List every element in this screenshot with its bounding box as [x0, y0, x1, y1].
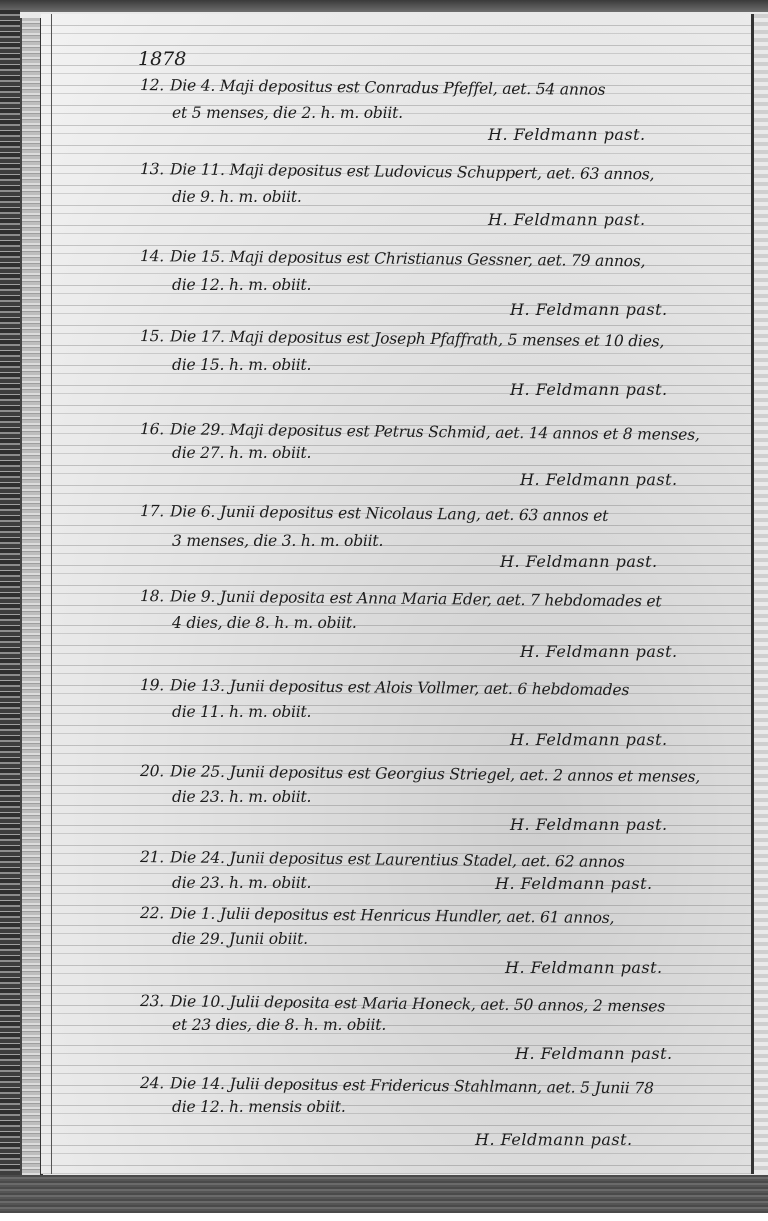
entry-continuation: die 15. h. m. obiit. — [172, 356, 311, 374]
entry-continuation: et 5 menses, die 2. h. m. obiit. — [172, 104, 403, 122]
book-binding-edge — [0, 10, 20, 1180]
entry-number: 13. — [140, 160, 164, 178]
pastor-signature: H. Feldmann past. — [475, 1130, 633, 1149]
entry-continuation: et 23 dies, die 8. h. m. obiit. — [172, 1016, 386, 1034]
entry-number: 19. — [140, 676, 164, 694]
entry-number: 22. — [140, 904, 164, 922]
pastor-signature: H. Feldmann past. — [488, 125, 646, 144]
entry-number: 21. — [140, 848, 164, 866]
pastor-signature: H. Feldmann past. — [510, 380, 668, 399]
entry-continuation: die 9. h. m. obiit. — [172, 188, 302, 206]
pastor-signature: H. Feldmann past. — [488, 210, 646, 229]
scan-top-edge — [0, 0, 768, 12]
right-margin-strip — [754, 14, 768, 1174]
entry-number: 15. — [140, 327, 164, 345]
scan-bottom-edge — [0, 1213, 768, 1221]
pastor-signature: H. Feldmann past. — [495, 874, 653, 893]
entry-continuation: die 23. h. m. obiit. — [172, 874, 311, 892]
entry-continuation: die 12. h. m. obiit. — [172, 276, 311, 294]
pastor-signature: H. Feldmann past. — [515, 1044, 673, 1063]
scan-bottom-shadow — [0, 1175, 768, 1215]
entry-number: 18. — [140, 587, 164, 605]
entry-number: 14. — [140, 247, 164, 265]
entry-continuation: die 27. h. m. obiit. — [172, 444, 311, 462]
entry-number: 12. — [140, 76, 164, 94]
pastor-signature: H. Feldmann past. — [520, 642, 678, 661]
entry-continuation: 3 menses, die 3. h. m. obiit. — [172, 532, 383, 550]
entry-number: 17. — [140, 502, 164, 520]
scanned-page: 1878 12.Die 4. Maji depositus est Conrad… — [0, 0, 768, 1221]
entry-number: 24. — [140, 1074, 164, 1092]
pastor-signature: H. Feldmann past. — [510, 730, 668, 749]
pastor-signature: H. Feldmann past. — [500, 552, 658, 571]
margin-rule — [51, 14, 52, 1174]
entry-continuation: die 11. h. m. obiit. — [172, 703, 311, 721]
pastor-signature: H. Feldmann past. — [510, 815, 668, 834]
year-heading: 1878 — [138, 48, 186, 70]
entry-continuation: die 12. h. mensis obiit. — [172, 1098, 346, 1116]
pastor-signature: H. Feldmann past. — [505, 958, 663, 977]
pastor-signature: H. Feldmann past. — [510, 300, 668, 319]
entry-number: 20. — [140, 762, 164, 780]
entry-number: 16. — [140, 420, 164, 438]
pastor-signature: H. Feldmann past. — [520, 470, 678, 489]
page-left-strip — [20, 18, 43, 1178]
entry-number: 23. — [140, 992, 164, 1010]
entry-continuation: die 29. Junii obiit. — [172, 930, 308, 948]
entry-continuation: 4 dies, die 8. h. m. obiit. — [172, 614, 357, 632]
entry-continuation: die 23. h. m. obiit. — [172, 788, 311, 806]
